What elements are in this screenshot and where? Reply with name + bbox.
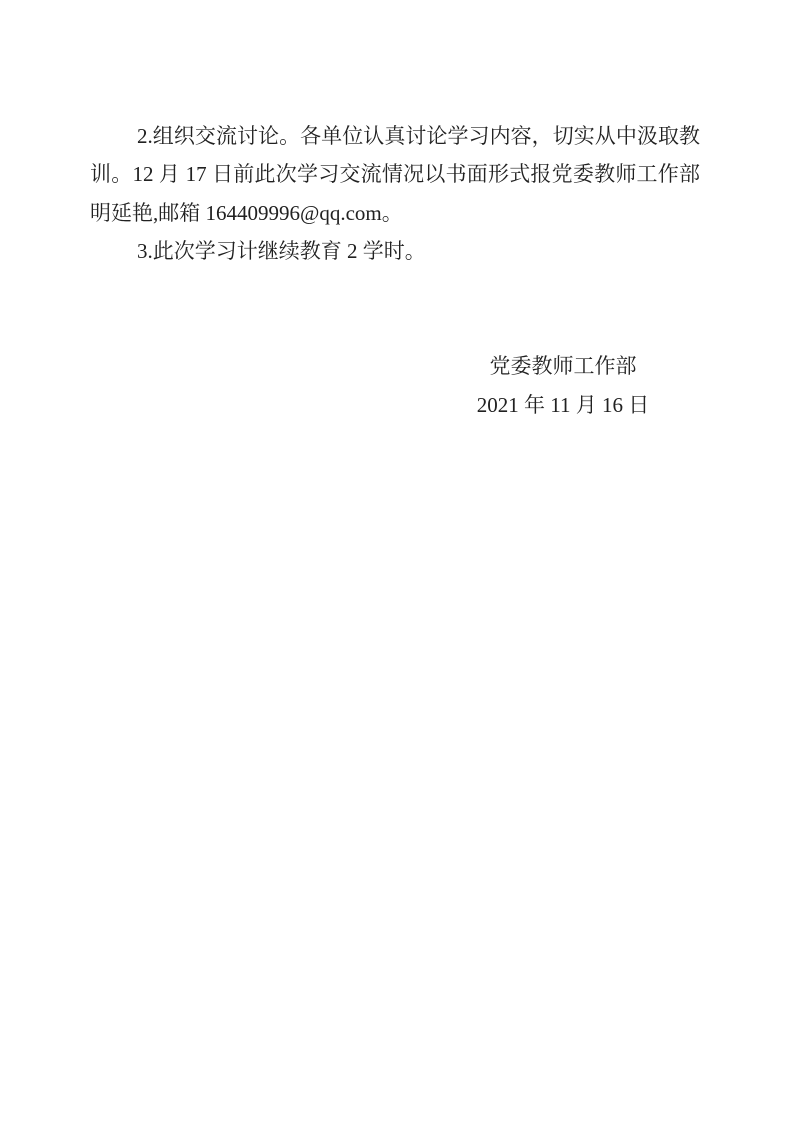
text-line-3: 明延艳,邮箱 164409996@qq.com。 <box>90 194 700 232</box>
text-line-1: 2.组织交流讨论。各单位认真讨论学习内容，切实从中汲取教 <box>90 117 700 155</box>
document-body: 2.组织交流讨论。各单位认真讨论学习内容，切实从中汲取教 训。12 月 17 日… <box>0 0 793 424</box>
document-page: 2.组织交流讨论。各单位认真讨论学习内容，切实从中汲取教 训。12 月 17 日… <box>0 0 793 1122</box>
text-line-2: 训。12 月 17 日前此次学习交流情况以书面形式报党委教师工作部 <box>90 155 700 193</box>
paragraph-discussion: 2.组织交流讨论。各单位认真讨论学习内容，切实从中汲取教 训。12 月 17 日… <box>90 117 700 232</box>
text-line-4: 3.此次学习计继续教育 2 学时。 <box>90 232 700 270</box>
signature-block: 党委教师工作部 2021 年 11 月 16 日 <box>438 347 688 424</box>
signature-date: 2021 年 11 月 16 日 <box>438 386 688 424</box>
signature-organization: 党委教师工作部 <box>438 347 688 385</box>
paragraph-credit-hours: 3.此次学习计继续教育 2 学时。 <box>90 232 700 270</box>
